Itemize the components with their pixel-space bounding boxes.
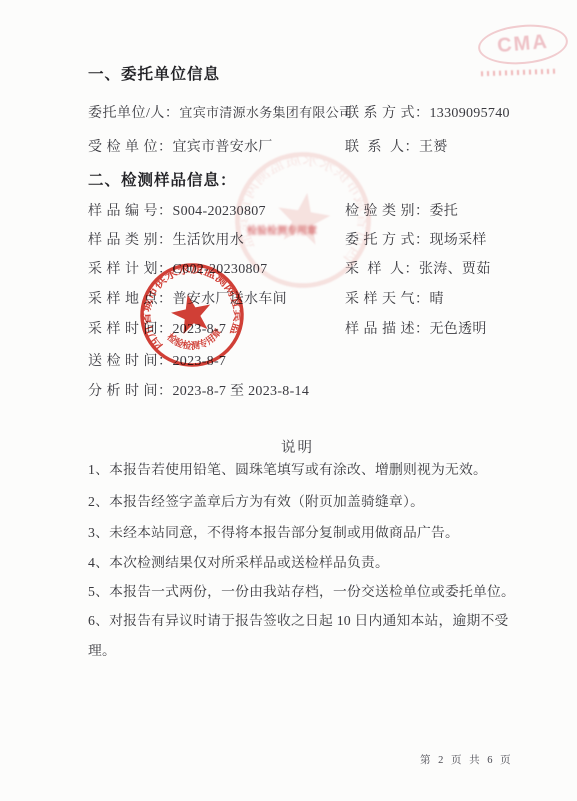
sample-type-value: 生活饮用水 — [173, 233, 245, 248]
cma-mark-subtext-blur — [481, 69, 555, 77]
sampler-value: 张涛、贾茹 — [419, 262, 491, 277]
note-item-3: 3、未经本站同意，不得将本报告部分复制或用做商品广告。 — [88, 518, 558, 548]
ghost-stamp-bottom-text: 检验检测专用章 — [247, 222, 317, 238]
note-item-2: 2、本报告经签字盖章后方为有效（附页加盖骑缝章）。 — [88, 487, 558, 517]
sampling-plan-row: 采 样 计 划：C002-20230807 采 样 人：张涛、贾茹 — [0, 258, 577, 276]
sampling-time-label: 采 样 时 间： — [88, 322, 173, 337]
sample-description-label: 样 品 描 述： — [345, 322, 430, 337]
sampling-location-row: 采 样 地 点：普安水厂送水车间 采 样 天 气：晴 — [0, 288, 577, 306]
contact-person-label: 联 系 人： — [345, 140, 419, 155]
entrust-method-value: 现场采样 — [430, 233, 487, 248]
section2-title: 二、检测样品信息： — [88, 168, 237, 190]
inspected-unit-value: 宜宾市普安水厂 — [173, 140, 273, 155]
notes-title: 说明 — [0, 436, 577, 457]
sample-id-label: 样 品 编 号： — [88, 204, 173, 219]
sample-id-value: S004-20230807 — [173, 204, 266, 219]
submission-time-value: 2023-8-7 — [173, 354, 227, 369]
note-item-4: 4、本次检测结果仅对所采样品或送检样品负责。 — [88, 548, 558, 578]
cma-mark-oval: CMA — [476, 21, 569, 68]
sampling-location-value: 普安水厂送水车间 — [173, 292, 287, 307]
sampler-label: 采 样 人： — [345, 262, 419, 277]
page-number: 第 2 页 共 6 页 — [420, 752, 513, 767]
sampling-weather-label: 采 样 天 气： — [345, 292, 430, 307]
analysis-time-row: 分 析 时 间：2023-8-7 至 2023-8-14 — [0, 380, 577, 398]
sample-type-label: 样 品 类 别： — [88, 233, 173, 248]
svg-text:四川省城市供水水质监测网宜宾监测站: 四川省城市供水水质监测网宜宾监测站 — [230, 100, 423, 278]
contact-method-label: 联 系 方 式： — [345, 106, 430, 121]
analysis-time-value: 2023-8-7 至 2023-8-14 — [173, 384, 310, 399]
sample-description-value: 无色透明 — [430, 322, 487, 337]
ghost-stamp-arc-text: 四川省城市供水水质监测网宜宾监测站 — [230, 100, 423, 278]
test-category-value: 委托 — [430, 204, 459, 219]
submission-time-row: 送 检 时 间：2023-8-7 — [0, 350, 577, 368]
note-item-5: 5、本报告一式两份，一份由我站存档，一份交送检单位或委托单位。 — [88, 577, 558, 607]
sampling-plan-label: 采 样 计 划： — [88, 262, 173, 277]
contact-person-value: 王赟 — [419, 140, 448, 155]
section1-title: 一、委托单位信息 — [88, 62, 220, 84]
sample-id-row: 样 品 编 号：S004-20230807 检 验 类 别：委托 — [0, 200, 577, 218]
submission-time-label: 送 检 时 间： — [88, 354, 173, 369]
analysis-time-label: 分 析 时 间： — [88, 384, 173, 399]
test-category-label: 检 验 类 别： — [345, 204, 430, 219]
client-unit-label: 委托单位/人： — [88, 106, 179, 121]
sampling-location-label: 采 样 地 点： — [88, 292, 173, 307]
inspected-unit-label: 受 检 单 位： — [88, 140, 173, 155]
contact-method-value: 13309095740 — [430, 106, 510, 121]
report-page: CMA 一、委托单位信息 委托单位/人：宜宾市清源水务集团有限公司 联 系 方 … — [0, 0, 577, 801]
client-row: 委托单位/人：宜宾市清源水务集团有限公司 联 系 方 式：13309095740 — [0, 102, 577, 120]
client-unit-value: 宜宾市清源水务集团有限公司 — [179, 105, 352, 120]
cma-mark-letters: CMA — [496, 31, 549, 58]
note-item-1: 1、本报告若使用铅笔、圆珠笔填写或有涂改、增删则视为无效。 — [88, 455, 558, 485]
sampling-plan-value: C002-20230807 — [173, 262, 268, 277]
sampling-weather-value: 晴 — [430, 292, 444, 307]
inspected-unit-row: 受 检 单 位：宜宾市普安水厂 联 系 人：王赟 — [0, 136, 577, 154]
sampling-time-value: 2023-8-7 — [173, 322, 227, 337]
entrust-method-label: 委 托 方 式： — [345, 233, 430, 248]
sampling-time-row: 采 样 时 间：2023-8-7 样 品 描 述：无色透明 — [0, 318, 577, 336]
note-item-6: 6、对报告有异议时请于报告签收之日起 10 日内通知本站，逾期不受理。 — [88, 606, 524, 666]
